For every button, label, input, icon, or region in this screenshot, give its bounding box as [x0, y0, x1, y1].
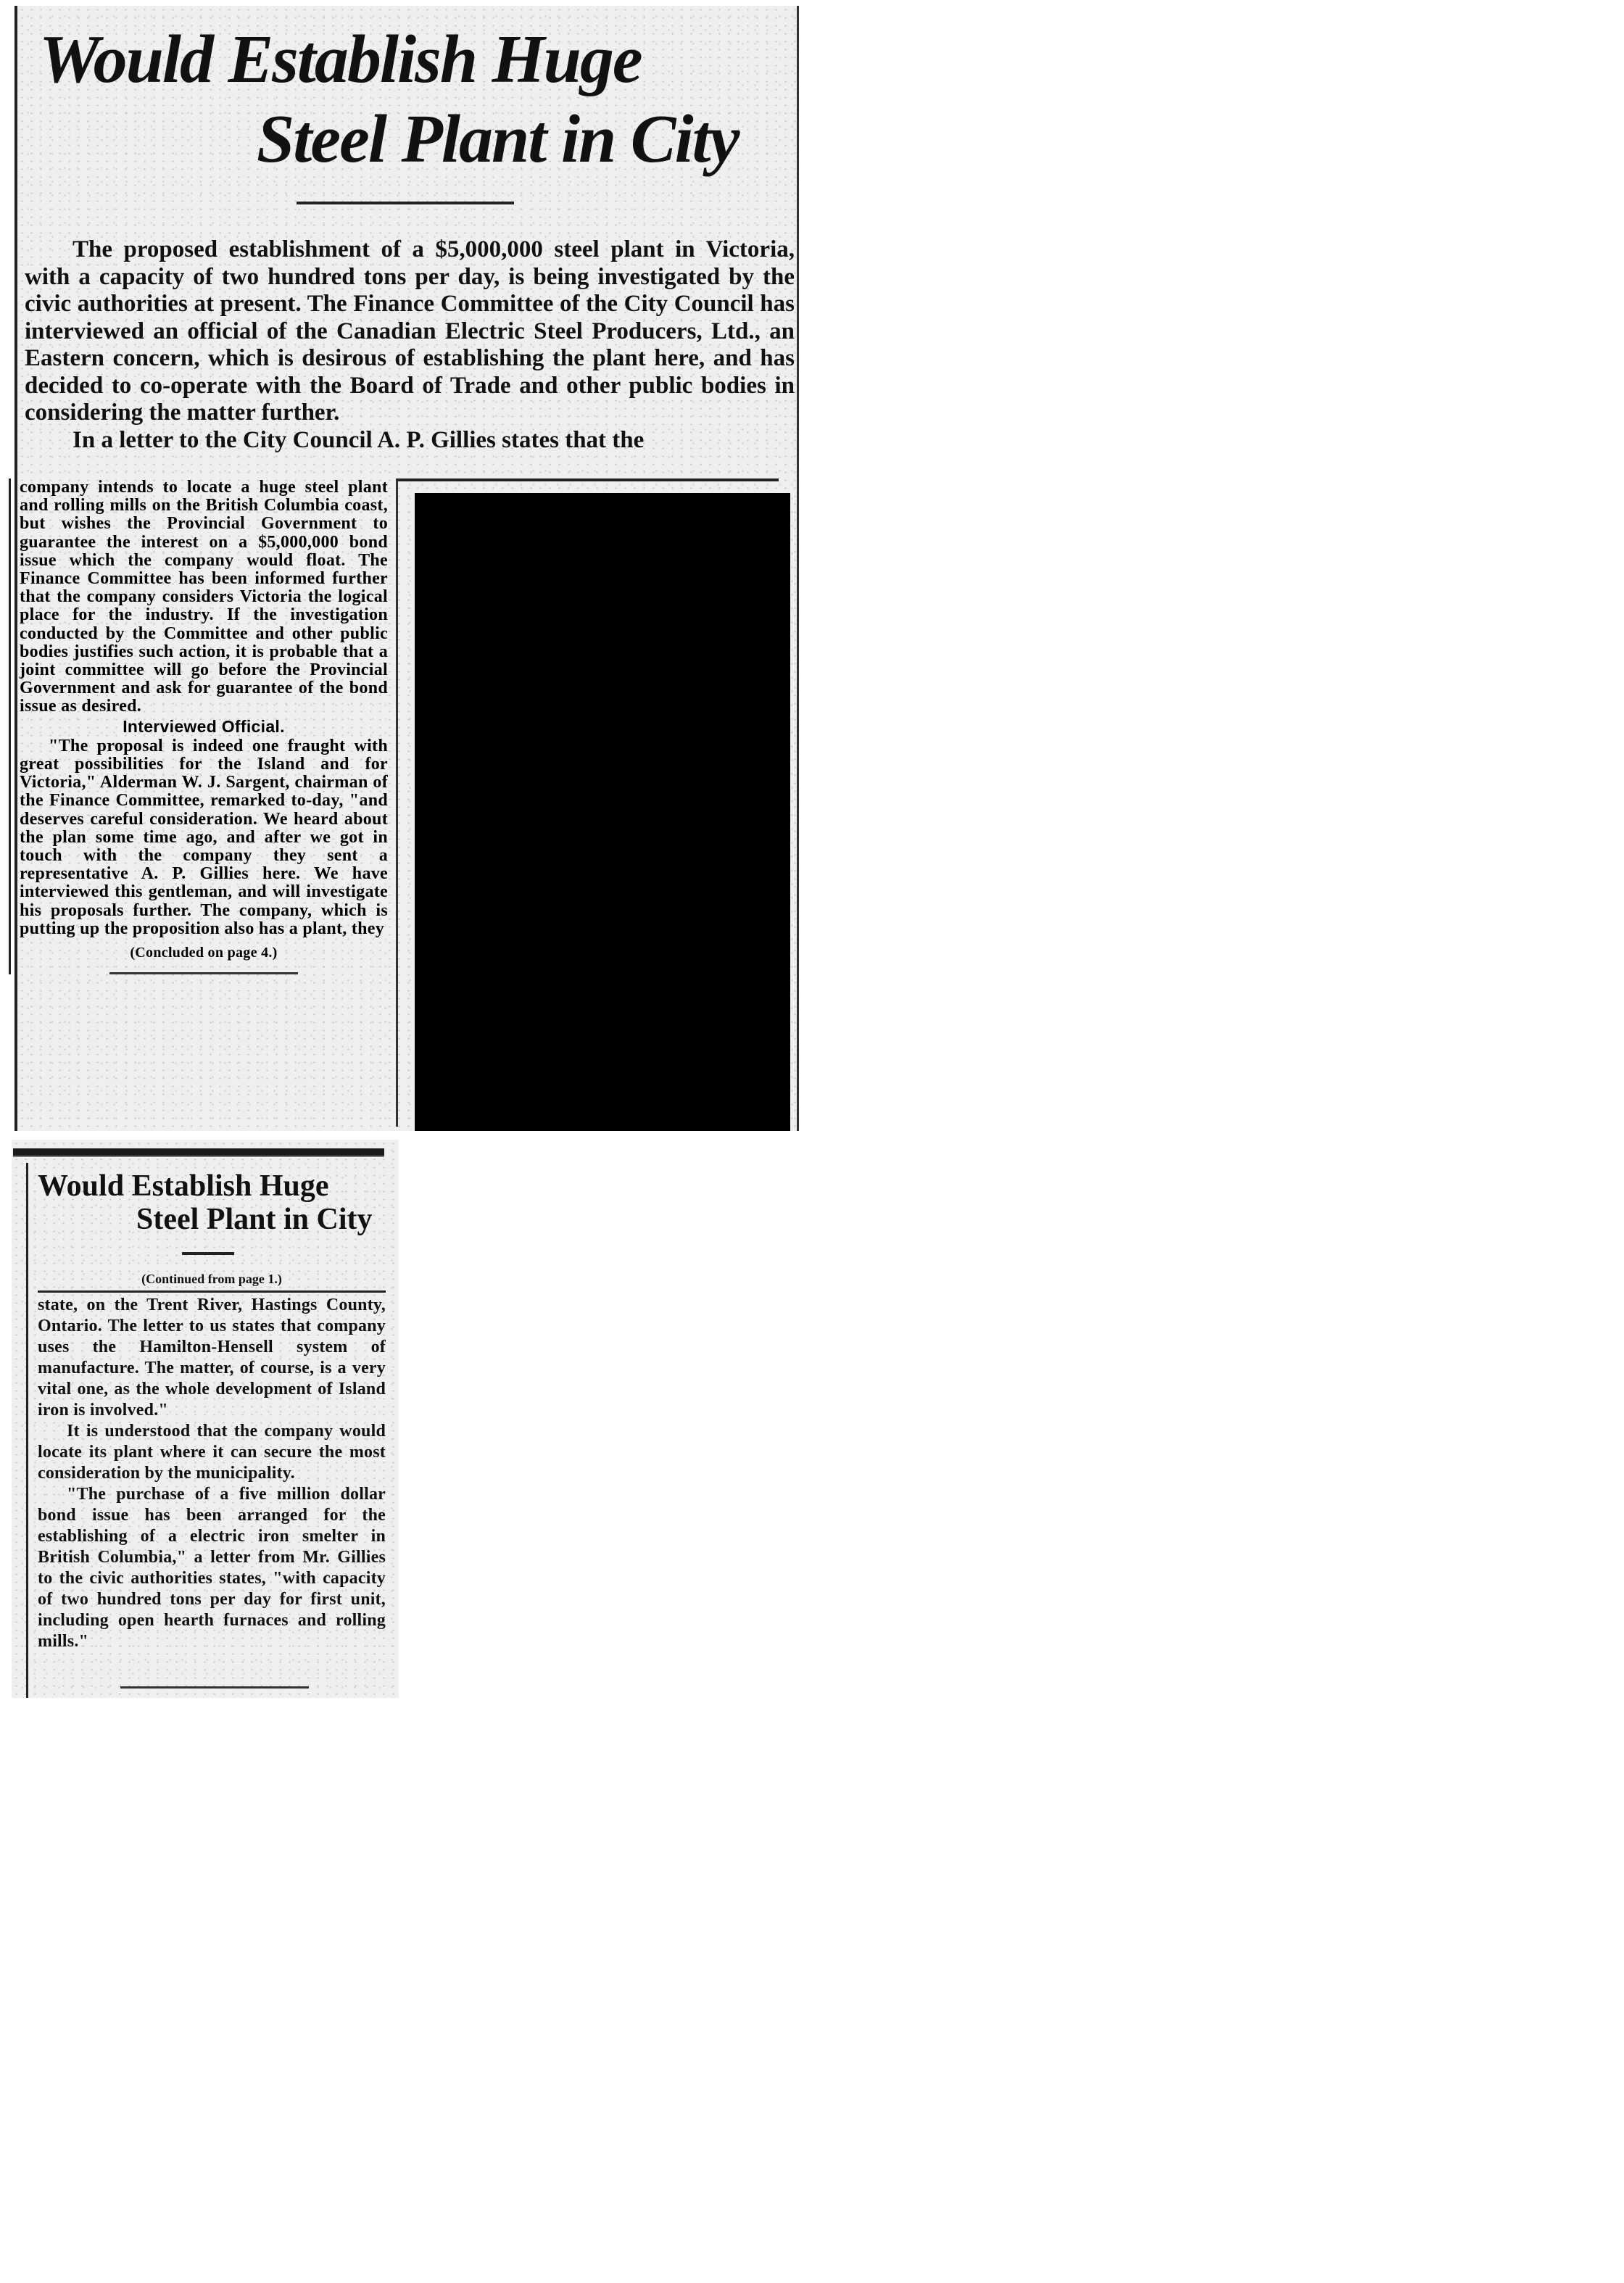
continuation-headline-line-2: Steel Plant in City [136, 1202, 372, 1237]
headline-line-2: Steel Plant in City [257, 100, 738, 178]
quote-paragraph: "The proposal is indeed one fraught with… [20, 737, 388, 938]
jump-line-concluded: (Concluded on page 4.) [20, 944, 388, 962]
continuation-paragraph: "The purchase of a five million dollar b… [38, 1484, 386, 1652]
column-top-rule [13, 1148, 384, 1157]
headline-line-1: Would Establish Huge [39, 20, 642, 99]
article-clipping-continuation: Would Establish Huge Steel Plant in City… [12, 1140, 399, 1698]
lead-paragraph: The proposed establishment of a $5,000,0… [25, 236, 795, 427]
headline-divider [297, 202, 514, 204]
end-rule [120, 1686, 309, 1689]
end-rule [109, 972, 298, 974]
body-paragraph: company intends to locate a huge steel p… [20, 478, 388, 716]
continuation-headline-line-1: Would Establish Huge [38, 1169, 328, 1203]
continuation-paragraph: state, on the Trent River, Hastings Coun… [38, 1295, 386, 1421]
column-side-rule [26, 1163, 28, 1698]
subhead: Interviewed Official. [20, 718, 388, 736]
article-body-column: company intends to locate a huge steel p… [9, 478, 388, 974]
redacted-photo-image [415, 493, 790, 1131]
continuation-paragraph: It is understood that the company would … [38, 1421, 386, 1484]
continuation-rule [38, 1290, 386, 1293]
jump-line-continued: (Continued from page 1.) [38, 1272, 386, 1287]
continuation-body: state, on the Trent River, Hastings Coun… [38, 1295, 386, 1652]
lead-paragraph: In a letter to the City Council A. P. Gi… [25, 427, 795, 455]
continuation-headline-divider [182, 1252, 234, 1255]
lead-paragraphs: The proposed establishment of a $5,000,0… [25, 236, 795, 454]
